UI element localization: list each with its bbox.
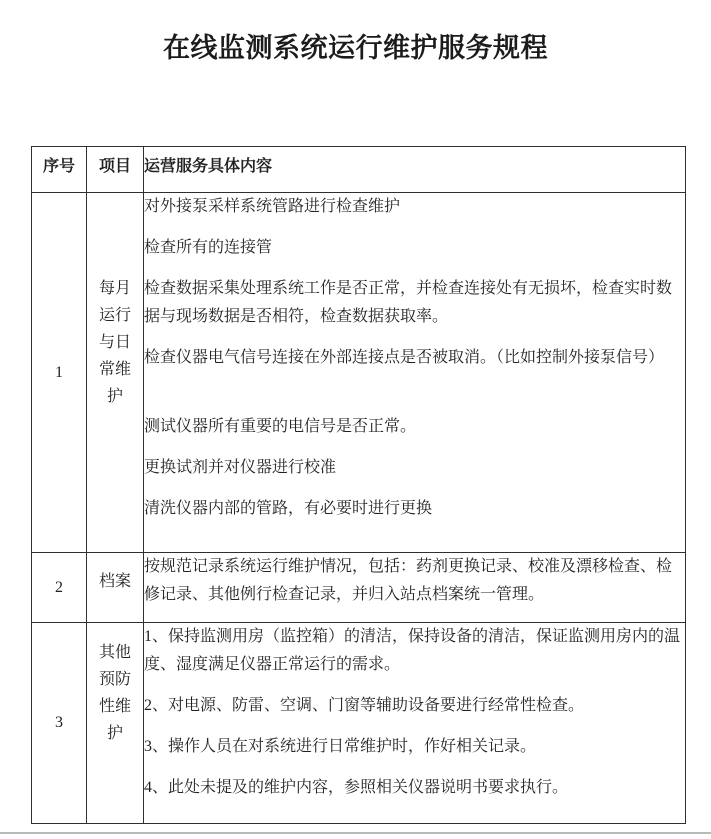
header-label-item: 项目 <box>87 153 143 176</box>
maintenance-service-table: 序号 项目 运营服务具体内容 1 每月 运行 与日 常维 护 对外接泵采样系统管… <box>31 146 686 824</box>
content-paragraph: 清洗仪器内部的管路，有必要时进行更换 <box>144 495 685 523</box>
row-content-cell: 对外接泵采样系统管路进行检查维护 检查所有的连接管 检查数据采集处理系统工作是否… <box>144 193 686 553</box>
content-paragraph: 测试仪器所有重要的电信号是否正常。 <box>144 413 685 441</box>
row-item-cell: 其他 预防 性维 护 <box>87 623 144 824</box>
content-paragraph: 3、操作人员在对系统进行日常维护时，作好相关记录。 <box>144 733 685 761</box>
row-number: 3 <box>32 623 87 824</box>
content-paragraph: 对外接泵采样系统管路进行检查维护 <box>144 193 685 221</box>
header-cell-content: 运营服务具体内容 <box>144 147 686 193</box>
page-edge-divider <box>0 832 711 834</box>
row-item-label: 其他 预防 性维 护 <box>99 639 131 747</box>
row-content-cell: 1、保持监测用房（监控箱）的清洁，保持设备的清洁，保证监测用房内的温度、湿度满足… <box>144 623 686 824</box>
content-paragraph: 1、保持监测用房（监控箱）的清洁，保持设备的清洁，保证监测用房内的温度、湿度满足… <box>144 623 685 679</box>
row-number: 1 <box>32 193 87 553</box>
content-paragraph: 2、对电源、防雷、空调、门窗等辅助设备要进行经常性检查。 <box>144 692 685 720</box>
content-paragraph: 检查所有的连接管 <box>144 234 685 262</box>
row-item-label: 每月 运行 与日 常维 护 <box>99 275 131 410</box>
header-label-content: 运营服务具体内容 <box>144 153 685 176</box>
content-paragraph: 按规范记录系统运行维护情况，包括：药剂更换记录、校准及漂移检查、检修记录、其他例… <box>144 553 685 609</box>
row-item-cell: 每月 运行 与日 常维 护 <box>87 193 144 553</box>
header-cell-item: 项目 <box>87 147 144 193</box>
page-title: 在线监测系统运行维护服务规程 <box>0 26 711 65</box>
table-row-preventive-maintenance: 3 其他 预防 性维 护 1、保持监测用房（监控箱）的清洁，保持设备的清洁，保证… <box>32 623 686 824</box>
table-row-monthly-maintenance: 1 每月 运行 与日 常维 护 对外接泵采样系统管路进行检查维护 检查所有的连接… <box>32 193 686 553</box>
table-row-records: 2 档案 按规范记录系统运行维护情况，包括：药剂更换记录、校准及漂移检查、检修记… <box>32 553 686 623</box>
table-header-row: 序号 项目 运营服务具体内容 <box>32 147 686 193</box>
content-paragraph: 检查仪器电气信号连接在外部连接点是否被取消。（比如控制外接泵信号） <box>144 344 685 372</box>
row-content-cell: 按规范记录系统运行维护情况，包括：药剂更换记录、校准及漂移检查、检修记录、其他例… <box>144 553 686 623</box>
content-paragraph: 检查数据采集处理系统工作是否正常，并检查连接处有无损坏，检查实时数据与现场数据是… <box>144 275 685 331</box>
content-paragraph: 更换试剂并对仪器进行校准 <box>144 454 685 482</box>
header-cell-no: 序号 <box>32 147 87 193</box>
row-item-cell: 档案 <box>87 553 144 623</box>
header-label-no: 序号 <box>32 153 86 176</box>
row-number: 2 <box>32 553 87 623</box>
row-item-label: 档案 <box>99 568 131 595</box>
content-paragraph: 4、此处未提及的维护内容，参照相关仪器说明书要求执行。 <box>144 774 685 802</box>
document-page: 在线监测系统运行维护服务规程 序号 项目 运营服务具体内容 1 每月 运行 与日… <box>0 0 711 839</box>
